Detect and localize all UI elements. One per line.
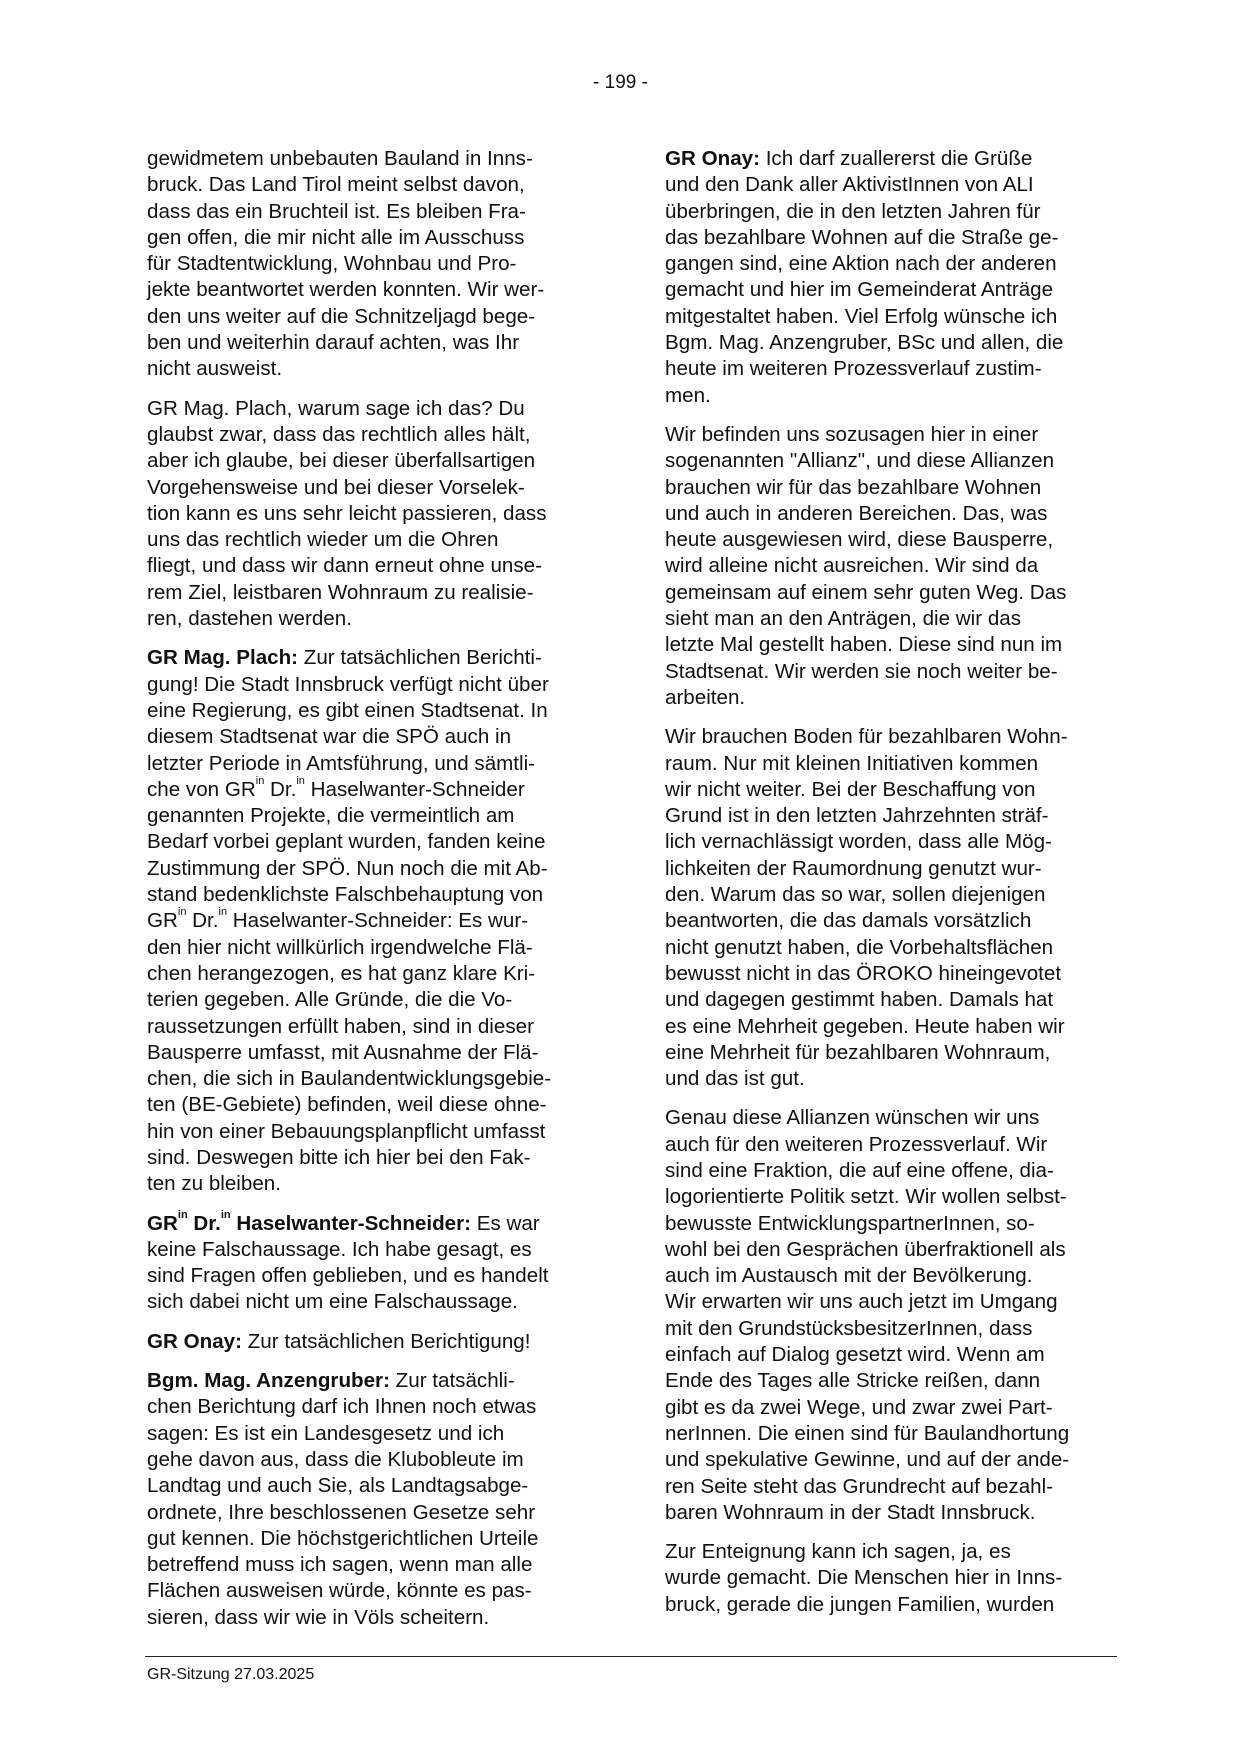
text-line: raum. Nur mit kleinen Initiativen kommen: [665, 751, 1113, 777]
speech-onay-short: GR Onay: Zur tatsächlichen Berichtigung!: [147, 1329, 589, 1355]
speaker-name: Bgm. Mag. Anzengruber:: [147, 1369, 390, 1392]
speaker-name: GR Onay:: [147, 1330, 242, 1353]
text-line: sind eine Fraktion, die auf eine offene,…: [665, 1158, 1113, 1184]
text-line: Wir befinden uns sozusagen hier in einer: [665, 422, 1113, 448]
text-line: wurde gemacht. Die Menschen hier in Inns…: [665, 1565, 1113, 1591]
text-line: brauchen wir für das bezahlbare Wohnen: [665, 475, 1113, 501]
text-line: gewidmetem unbebauten Bauland in Inns-: [147, 146, 589, 172]
text-line: den uns weiter auf die Schnitzeljagd beg…: [147, 304, 589, 330]
text-line: und das ist gut.: [665, 1066, 1113, 1092]
text-line: wohl bei den Gesprächen überfraktionell …: [665, 1237, 1113, 1263]
text-line: chen Berichtung darf ich Ihnen noch etwa…: [147, 1394, 589, 1420]
text-line: für Stadtentwicklung, Wohnbau und Pro-: [147, 251, 589, 277]
text-line: und dagegen gestimmt haben. Damals hat: [665, 987, 1113, 1013]
text-line: baren Wohnraum in der Stadt Innsbruck.: [665, 1500, 1113, 1526]
text-line: Bausperre umfasst, mit Ausnahme der Flä-: [147, 1040, 589, 1066]
text-line: ben und weiterhin darauf achten, was Ihr: [147, 330, 589, 356]
text-line: Ende des Tages alle Stricke reißen, dann: [665, 1368, 1113, 1394]
text-line: aber ich glaube, bei dieser überfallsart…: [147, 448, 589, 474]
speech-onay: GR Onay: Ich darf zuallererst die Grüße …: [665, 146, 1113, 409]
text-line: Bgm. Mag. Anzengruber, BSc und allen, di…: [665, 330, 1113, 356]
text-line: Genau diese Allianzen wünschen wir uns: [665, 1105, 1113, 1131]
text-line: gut kennen. Die höchstgerichtlichen Urte…: [147, 1526, 589, 1552]
text-line: lich vernachlässigt worden, dass alle Mö…: [665, 829, 1113, 855]
text-line: glaubst zwar, dass das rechtlich alles h…: [147, 422, 589, 448]
text-line: gehe davon aus, dass die Klubobleute im: [147, 1447, 589, 1473]
text-line: fliegt, und dass wir dann erneut ohne un…: [147, 553, 589, 579]
text-line: gemeinsam auf einem sehr guten Weg. Das: [665, 580, 1113, 606]
text-line: chen herangezogen, es hat ganz klare Kri…: [147, 961, 589, 987]
text-line: tion kann es uns sehr leicht passieren, …: [147, 501, 589, 527]
speaker-name: GRin Dr.in Haselwanter-Schneider:: [147, 1212, 471, 1235]
right-column: GR Onay: Ich darf zuallererst die Grüße …: [665, 146, 1113, 1631]
text-line: sieren, dass wir wie in Völs scheitern.: [147, 1605, 589, 1631]
text-line: raussetzungen erfüllt haben, sind in die…: [147, 1014, 589, 1040]
text-line: und auch in anderen Bereichen. Das, was: [665, 501, 1113, 527]
paragraph: Genau diese Allianzen wünschen wir unsau…: [665, 1105, 1113, 1526]
text-line: wird alleine nicht ausreichen. Wir sind …: [665, 553, 1113, 579]
page-number: - 199 -: [0, 72, 1241, 94]
text-line: men.: [665, 383, 1113, 409]
text-line: nicht ausweist.: [147, 356, 589, 382]
text-line: und spekulative Gewinne, und auf der and…: [665, 1447, 1113, 1473]
text-line: sieht man an den Anträgen, die wir das: [665, 606, 1113, 632]
text-line: sagen: Es ist ein Landesgesetz und ich: [147, 1421, 589, 1447]
speech-plach: GR Mag. Plach: Zur tatsächlichen Bericht…: [147, 645, 589, 1197]
text-line: auch für den weiteren Prozessverlauf. Wi…: [665, 1132, 1113, 1158]
text-line: keine Falschaussage. Ich habe gesagt, es: [147, 1237, 589, 1263]
text-line: ordnete, Ihre beschlossenen Gesetze sehr: [147, 1500, 589, 1526]
text-line: Wir brauchen Boden für bezahlbaren Wohn-: [665, 724, 1113, 750]
text-line: rem Ziel, leistbaren Wohnraum zu realisi…: [147, 580, 589, 606]
text-line: den. Warum das so war, sollen diejenigen: [665, 882, 1113, 908]
paragraph: Zur Enteignung kann ich sagen, ja, eswur…: [665, 1539, 1113, 1618]
left-column: gewidmetem unbebauten Bauland in Inns-br…: [147, 146, 589, 1644]
text-line: und den Dank aller AktivistInnen von ALI: [665, 172, 1113, 198]
text-line: Wir erwarten wir uns auch jetzt im Umgan…: [665, 1289, 1113, 1315]
text-line: Grund ist in den letzten Jahrzehnten str…: [665, 803, 1113, 829]
text-line: ten (BE-Gebiete) befinden, weil diese oh…: [147, 1092, 589, 1118]
text-line: eine Mehrheit für bezahlbaren Wohnraum,: [665, 1040, 1113, 1066]
paragraph: Wir befinden uns sozusagen hier in einer…: [665, 422, 1113, 711]
text-line: mit den GrundstücksbesitzerInnen, dass: [665, 1316, 1113, 1342]
text-line: jekte beantwortet werden konnten. Wir we…: [147, 277, 589, 303]
text-line: nerInnen. Die einen sind für Baulandhort…: [665, 1421, 1113, 1447]
text-line: gibt es da zwei Wege, und zwar zwei Part…: [665, 1395, 1113, 1421]
text-line: GR Mag. Plach, warum sage ich das? Du: [147, 396, 589, 422]
text-line: bruck, gerade die jungen Familien, wurde…: [665, 1592, 1113, 1618]
speech-anzengruber: Bgm. Mag. Anzengruber: Zur tatsächli- ch…: [147, 1368, 589, 1631]
text-line: terien gegeben. Alle Gründe, die die Vo-: [147, 987, 589, 1013]
text-line: hin von einer Bebauungsplanpflicht umfas…: [147, 1119, 589, 1145]
text-line: bewusst nicht in das ÖROKO hineingevotet: [665, 961, 1113, 987]
speaker-name: GR Mag. Plach:: [147, 646, 298, 669]
text-line: ren, dastehen werden.: [147, 606, 589, 632]
text-line: wir nicht weiter. Bei der Beschaffung vo…: [665, 777, 1113, 803]
text-line: ren Seite steht das Grundrecht auf bezah…: [665, 1474, 1113, 1500]
footer-session-label: GR-Sitzung 27.03.2025: [147, 1666, 314, 1684]
text-line: gangen sind, eine Aktion nach der andere…: [665, 251, 1113, 277]
paragraph: gewidmetem unbebauten Bauland in Inns-br…: [147, 146, 589, 383]
text-line: heute im weiteren Prozessverlauf zustim-: [665, 356, 1113, 382]
text-line: ten zu bleiben.: [147, 1171, 589, 1197]
text-line: einfach auf Dialog gesetzt wird. Wenn am: [665, 1342, 1113, 1368]
text-line: Flächen ausweisen würde, könnte es pas-: [147, 1578, 589, 1604]
text-line: sogenannten "Allianz", und diese Allianz…: [665, 448, 1113, 474]
text-line: Zur Enteignung kann ich sagen, ja, es: [665, 1539, 1113, 1565]
text-line: mitgestaltet haben. Viel Erfolg wünsche …: [665, 304, 1113, 330]
text-line: das bezahlbare Wohnen auf die Straße ge-: [665, 225, 1113, 251]
speaker-name: GR Onay:: [665, 147, 760, 170]
footer-divider: [145, 1656, 1117, 1657]
text-line: logorientierte Politik setzt. Wir wollen…: [665, 1184, 1113, 1210]
paragraph: GR Mag. Plach, warum sage ich das? Dugla…: [147, 396, 589, 633]
text-line: Landtag und auch Sie, als Landtagsabge-: [147, 1473, 589, 1499]
text-line: letzte Mal gestellt haben. Diese sind nu…: [665, 632, 1113, 658]
text-line: überbringen, die in den letzten Jahren f…: [665, 199, 1113, 225]
text-line: beantworten, die das damals vorsätzlich: [665, 908, 1113, 934]
text-line: betreffend muss ich sagen, wenn man alle: [147, 1552, 589, 1578]
text-line: Vorgehensweise und bei dieser Vorselek-: [147, 475, 589, 501]
text-line: nicht genutzt haben, die Vorbehaltsfläch…: [665, 935, 1113, 961]
text-line: sind. Deswegen bitte ich hier bei den Fa…: [147, 1145, 589, 1171]
text-line: gen offen, die mir nicht alle im Ausschu…: [147, 225, 589, 251]
text-line: Stadtsenat. Wir werden sie noch weiter b…: [665, 659, 1113, 685]
text-line: sich dabei nicht um eine Falschaussage.: [147, 1289, 589, 1315]
text-line: sind Fragen offen geblieben, und es hand…: [147, 1263, 589, 1289]
text-line: arbeiten.: [665, 685, 1113, 711]
text-line: chen, die sich in Baulandentwicklungsgeb…: [147, 1066, 589, 1092]
text-line: uns das rechtlich wieder um die Ohren: [147, 527, 589, 553]
speech-haselwanter-schneider: GRin Dr.in Haselwanter-Schneider: Es war…: [147, 1211, 589, 1316]
text-line: dass das ein Bruchteil ist. Es bleiben F…: [147, 199, 589, 225]
text-line: lichkeiten der Raumordnung genutzt wur-: [665, 856, 1113, 882]
text-line: den hier nicht willkürlich irgendwelche …: [147, 935, 589, 961]
text-line: gemacht und hier im Gemeinderat Anträge: [665, 277, 1113, 303]
text-line: auch im Austausch mit der Bevölkerung.: [665, 1263, 1113, 1289]
text-line: bewusste EntwicklungspartnerInnen, so-: [665, 1211, 1113, 1237]
text-line: heute ausgewiesen wird, diese Bausperre,: [665, 527, 1113, 553]
text-line: es eine Mehrheit gegeben. Heute haben wi…: [665, 1014, 1113, 1040]
text-line: bruck. Das Land Tirol meint selbst davon…: [147, 172, 589, 198]
paragraph: Wir brauchen Boden für bezahlbaren Wohn-…: [665, 724, 1113, 1092]
